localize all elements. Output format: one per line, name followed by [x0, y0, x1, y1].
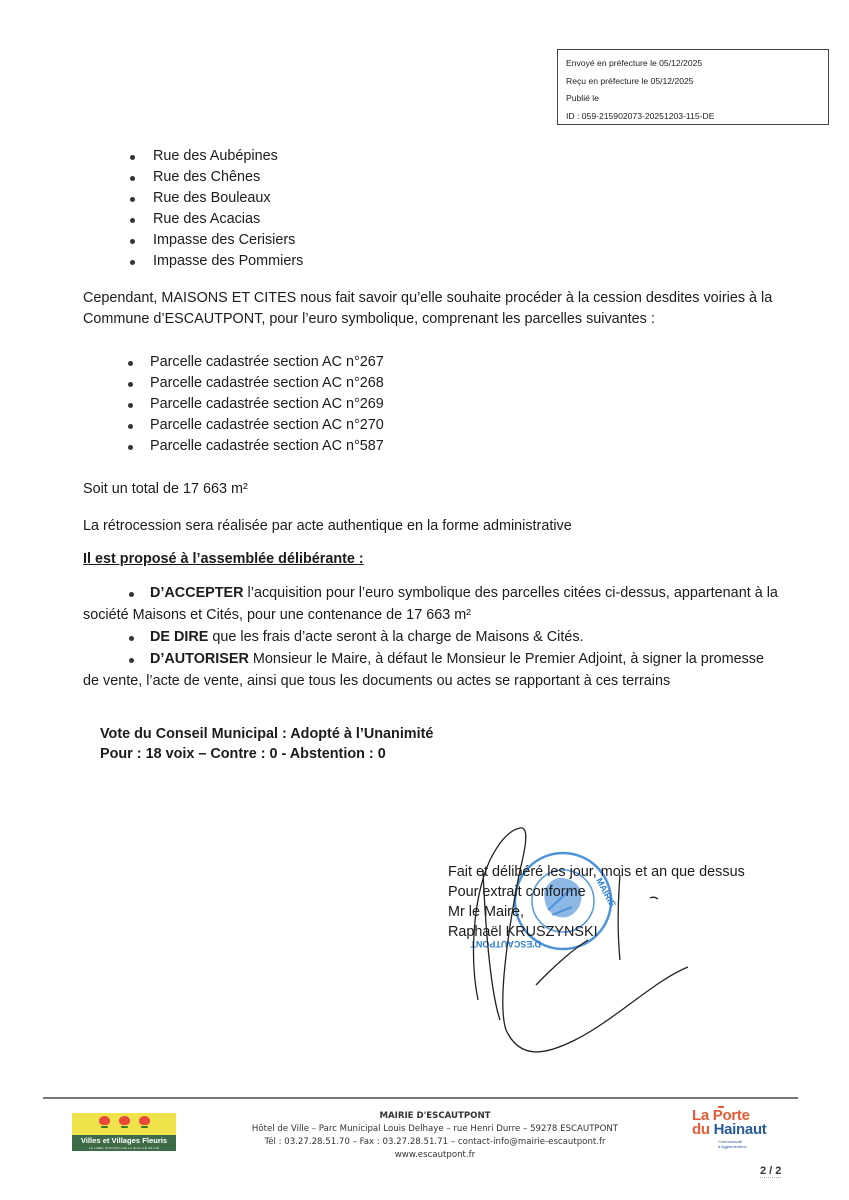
cession-paragraph: Cependant, MAISONS ET CITES nous fait sa… — [83, 288, 772, 330]
list-item: Rue des Aubépines — [0, 146, 303, 167]
list-item: Parcelle cadastrée section AC n°270 — [0, 415, 384, 436]
bullet-icon — [130, 197, 135, 202]
bullet-icon — [129, 592, 134, 597]
bullet-icon — [129, 658, 134, 663]
footer-phone-email: Tél : 03.27.28.51.70 – Fax : 03.27.28.51… — [235, 1136, 635, 1149]
list-item: Parcelle cadastrée section AC n°587 — [0, 436, 384, 457]
list-item: Impasse des Pommiers — [0, 251, 303, 272]
bullet-icon — [128, 445, 133, 450]
bullet-icon — [128, 403, 133, 408]
signature-line-3: Mr le Maire, — [448, 902, 745, 922]
signature-block: Fait et délibéré les jour, mois et an qu… — [448, 862, 745, 942]
list-item: Rue des Acacias — [0, 209, 303, 230]
stamp-received: Reçu en préfecture le 05/12/2025 — [566, 73, 828, 91]
list-item: Parcelle cadastrée section AC n°268 — [0, 373, 384, 394]
bullet-icon — [130, 176, 135, 181]
flower-icon — [119, 1116, 130, 1125]
footer-title: MAIRIE D'ESCAUTPONT — [235, 1110, 635, 1123]
signature-line-1: Fait et délibéré les jour, mois et an qu… — [448, 862, 745, 882]
stamp-published: Publié le — [566, 90, 828, 108]
bullet-icon — [130, 218, 135, 223]
vote-result: Vote du Conseil Municipal : Adopté à l’U… — [100, 724, 433, 764]
prefecture-stamp: Envoyé en préfecture le 05/12/2025 Reçu … — [557, 49, 829, 125]
footer-website: www.escautpont.fr — [235, 1149, 635, 1162]
footer-divider — [43, 1097, 798, 1099]
bullet-icon — [128, 382, 133, 387]
decision-dire: DE DIRE que les frais d’acte seront à la… — [83, 627, 773, 649]
flower-icon — [139, 1116, 150, 1125]
list-item: Rue des Bouleaux — [0, 188, 303, 209]
footer-address: Hôtel de Ville – Parc Municipal Louis De… — [235, 1123, 635, 1136]
bullet-icon — [130, 260, 135, 265]
flower-icon — [99, 1116, 110, 1125]
bullet-icon — [130, 155, 135, 160]
total-area: Soit un total de 17 663 m² — [83, 479, 248, 500]
la-porte-du-hainaut-logo: La Porte du Hainaut Communautéd'Agglomér… — [692, 1106, 792, 1149]
page-number: 2 / 2 — [760, 1165, 781, 1178]
list-item: Impasse des Cerisiers — [0, 230, 303, 251]
villes-villages-fleuris-logo: Villes et Villages Fleuris LE LABEL NATI… — [72, 1113, 176, 1151]
parcel-list: Parcelle cadastrée section AC n°267 Parc… — [0, 352, 384, 457]
signature-line-2: Pour extrait conforme — [448, 882, 745, 902]
proposal-heading: Il est proposé à l’assemblée délibérante… — [83, 549, 364, 570]
decision-list: D’ACCEPTER l’acquisition pour l’euro sym… — [83, 583, 773, 693]
footer-contact: MAIRIE D'ESCAUTPONT Hôtel de Ville – Par… — [235, 1110, 635, 1162]
list-item: Parcelle cadastrée section AC n°269 — [0, 394, 384, 415]
retrocession-text: La rétrocession sera réalisée par acte a… — [83, 516, 572, 537]
street-list: Rue des Aubépines Rue des Chênes Rue des… — [0, 146, 303, 272]
bullet-icon — [128, 424, 133, 429]
decision-accept: D’ACCEPTER l’acquisition pour l’euro sym… — [83, 583, 773, 605]
bullet-icon — [129, 636, 134, 641]
list-item: Rue des Chênes — [0, 167, 303, 188]
stamp-sent: Envoyé en préfecture le 05/12/2025 — [566, 55, 828, 73]
decision-authorize: D’AUTORISER Monsieur le Maire, à défaut … — [83, 649, 773, 671]
bullet-icon — [128, 361, 133, 366]
stamp-id: ID : 059-215902073-20251203-115-DE — [566, 108, 828, 126]
signatory-name: Raphaël KRUSZYNSKI — [448, 922, 745, 942]
list-item: Parcelle cadastrée section AC n°267 — [0, 352, 384, 373]
bullet-icon — [130, 239, 135, 244]
